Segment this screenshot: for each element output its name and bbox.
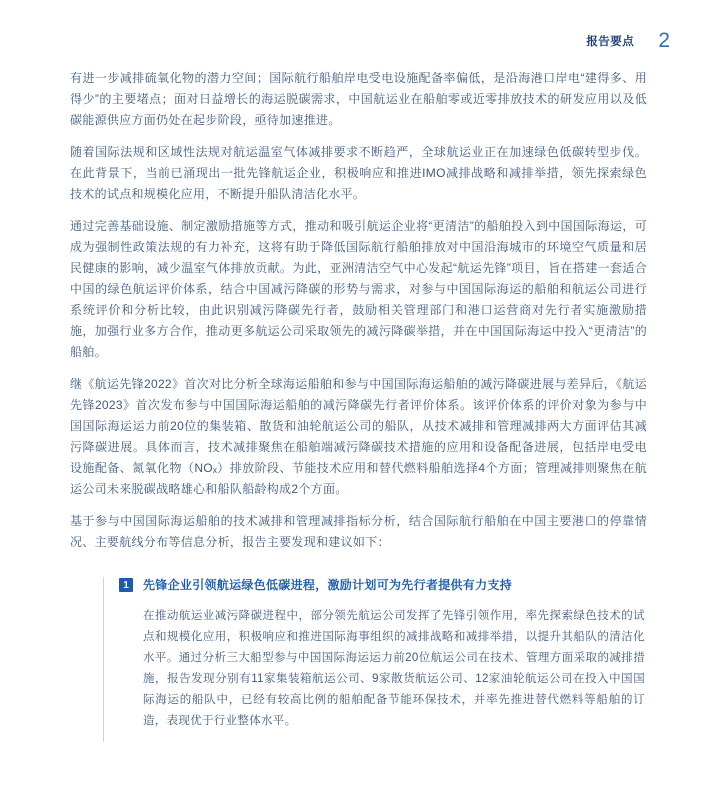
main-content: 有进一步减排硫氧化物的潜力空间；国际航行船舶岸电受电设施配备率偏低，是沿海港口岸…: [70, 68, 647, 742]
finding-title: 先锋企业引领航运绿色低碳进程，激励计划可为先行者提供有力支持: [143, 577, 512, 593]
body-paragraph-1: 有进一步减排硫氧化物的潜力空间；国际航行船舶岸电受电设施配备率偏低，是沿海港口岸…: [70, 68, 647, 131]
page-number: 2: [658, 30, 670, 51]
report-page: 报告要点 2 有进一步减排硫氧化物的潜力空间；国际航行船舶岸电受电设施配备率偏低…: [0, 0, 710, 790]
header-section-label: 报告要点: [586, 33, 634, 49]
key-finding-heading: 1 先锋企业引领航运绿色低碳进程，激励计划可为先行者提供有力支持: [119, 577, 647, 593]
finding-number-badge: 1: [119, 578, 133, 592]
key-finding-section: 1 先锋企业引领航运绿色低碳进程，激励计划可为先行者提供有力支持 在推动航运业减…: [103, 577, 647, 742]
page-header: 报告要点 2: [0, 30, 670, 51]
body-paragraph-5: 基于参与中国国际海运船舶的技术减排和管理减排指标分析，结合国际航行船舶在中国主要…: [70, 511, 647, 553]
body-paragraph-2: 随着国际法规和区域性法规对航运温室气体减排要求不断趋严，全球航运业正在加速绿色低…: [70, 142, 647, 205]
finding-body: 在推动航运业减污降碳进程中，部分领先航运公司发挥了先锋引领作用，率先探索绿色技术…: [143, 606, 645, 732]
body-paragraph-3: 通过完善基础设施、制定激励措施等方式，推动和吸引航运企业将“更清洁”的船舶投入到…: [70, 216, 647, 363]
body-paragraph-4: 继《航运先锋2022》首次对比分析全球海运船舶和参与中国国际海运船舶的减污降碳进…: [70, 374, 647, 500]
